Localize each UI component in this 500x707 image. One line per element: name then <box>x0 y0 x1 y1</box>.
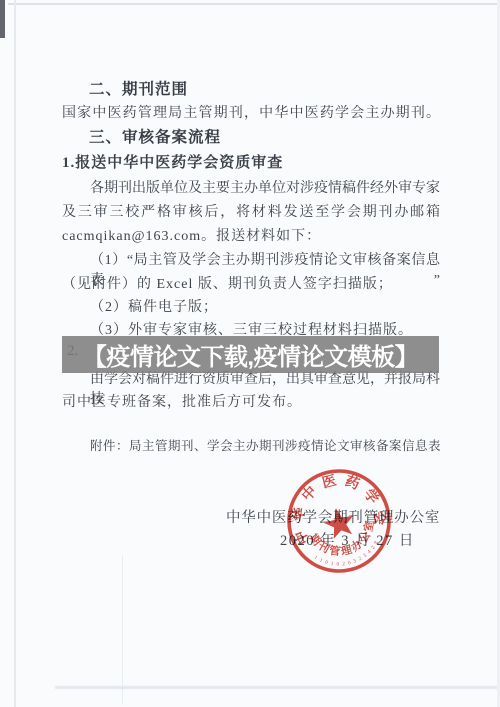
seal-character: 2 <box>342 561 346 567</box>
issue-date-line: 2020 年 3 月 27 日 <box>280 529 415 550</box>
seal-character: 3 <box>362 552 368 559</box>
watermark-banner: 【疫情论文下载,疫情论文模板】 <box>62 336 439 373</box>
seal-character: 1 <box>330 561 334 567</box>
seal-character: 0 <box>336 561 339 567</box>
seal-character: 0 <box>324 559 329 566</box>
document-line: 三、审核备案流程 <box>89 128 449 148</box>
document-line: 国家中医药管理局主管期刊，中华中医药学会主办期刊。 <box>62 104 440 124</box>
document-line: 由学会对稿件进行资质审查后，出具审查意见，并报局科技 <box>90 370 440 390</box>
document-line: 及三审三校严格审核后，将材料发送至学会期刊办邮箱 <box>62 203 440 223</box>
seal-character: 1 <box>313 555 319 562</box>
scan-left-fold-line <box>14 0 16 707</box>
seal-character: 药 <box>343 472 362 493</box>
scan-bottom-smudge <box>55 686 500 689</box>
document-line: 各期刊出版单位及主要主办单位对涉疫情稿件经外审专家 <box>90 179 440 199</box>
document-line: cacmqikan@163.com。报送材料如下： <box>62 227 440 247</box>
document-line: 1.报送中华中医药学会资质审查 <box>62 153 440 173</box>
seal-character: 3 <box>353 558 358 565</box>
scan-top-line <box>8 3 500 5</box>
document-line: 二、期刊范围 <box>89 80 449 100</box>
seal-character: 医 <box>321 473 338 492</box>
seal-character: 1 <box>319 557 324 564</box>
seal-character: 中 <box>298 483 320 505</box>
scan-corner-mark <box>0 0 5 38</box>
seal-character: 0 <box>347 560 351 567</box>
scanned-document-page: 二、期刊范围国家中医药管理局主管期刊，中华中医药学会主办期刊。三、审核备案流程1… <box>0 0 500 707</box>
document-line: （1）“局主管及学会主办期刊涉疫情论文审核备案信息表” <box>90 251 440 271</box>
scan-fold-line <box>122 555 123 705</box>
document-line: 司中医专班备案，批准后方可发布。 <box>62 393 440 413</box>
seal-character: 2 <box>358 556 364 563</box>
document-line: （见附件）的 Excel 版、期刊负责人签字扫描版； <box>62 275 440 295</box>
issuing-office-line: 中华中医药学会期刊管理办公室 <box>226 506 440 527</box>
watermark-banner-text: 【疫情论文下载,疫情论文模板】 <box>83 337 418 372</box>
document-line: 附件：局主管期刊、学会主办期刊涉疫情论文审核备案信息表 <box>90 436 440 456</box>
seal-character: 学 <box>360 486 382 507</box>
document-line: （2）稿件电子版； <box>90 298 440 318</box>
